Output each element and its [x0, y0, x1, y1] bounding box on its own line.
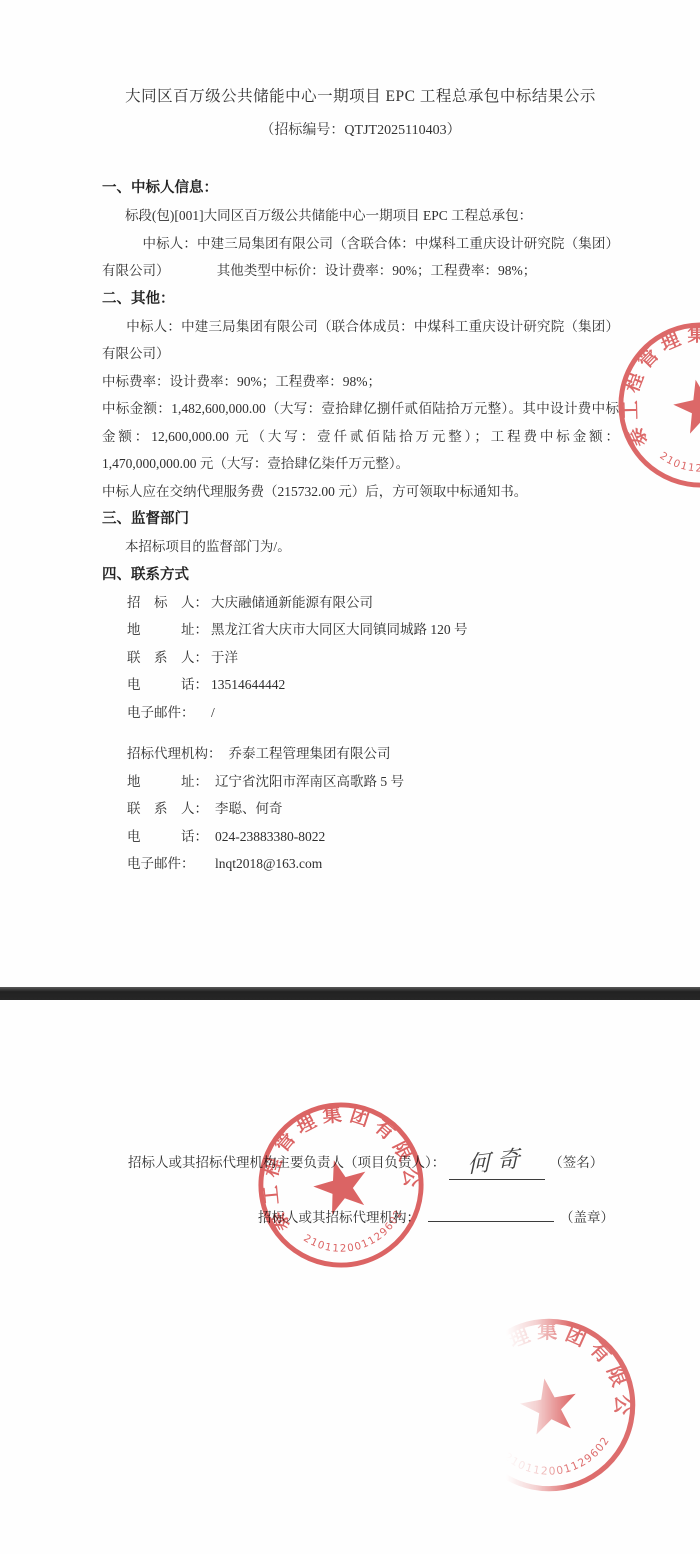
seal-line-suffix: （盖章）	[560, 1210, 614, 1225]
section-2-paragraph: 中标金额：1,482,600,000.00（大写：壹拾肆亿捌仟贰佰陆拾万元整）。…	[102, 395, 619, 478]
svg-text:210112001129602: 210112001129602	[656, 430, 700, 485]
signature-line: 招标人或其招标代理机构主要负责人（项目负责人）：何奇（签名）	[128, 1146, 648, 1180]
svg-text:210112001129602: 210112001129602	[500, 1432, 617, 1486]
contact-label: 电 话：	[127, 671, 211, 699]
contact-row-agency-phone: 电 话：024-23883380-8022	[127, 823, 619, 851]
svg-text:乔泰工程管理集团有限公司: 乔泰工程管理集团有限公司	[441, 1297, 640, 1454]
contact-value: 乔泰工程管理集团有限公司	[229, 746, 391, 761]
contact-row-agency-person: 联 系 人：李聪、何奇	[127, 795, 619, 823]
section-1-heading: 一、中标人信息：	[102, 174, 619, 202]
section-2-paragraph: 中标人：中建三局集团有限公司（联合体成员：中煤科工重庆设计研究院（集团）有限公司…	[102, 313, 619, 368]
contact-label: 电子邮件：	[127, 850, 215, 878]
tenderer-contact-block: 招 标 人：大庆融储通新能源有限公司 地 址：黑龙江省大庆市大同区大同镇同城路 …	[102, 589, 619, 727]
contact-value: 于洋	[211, 650, 238, 665]
contact-row-tenderer-email: 电子邮件：/	[127, 699, 619, 727]
page-break-bar	[0, 987, 700, 1000]
section-2-heading: 二、其他：	[102, 285, 619, 313]
contact-value: 辽宁省沈阳市浑南区高歌路 5 号	[215, 774, 404, 789]
contact-value: 大庆融储通新能源有限公司	[211, 595, 373, 610]
contact-label: 地 址：	[127, 768, 215, 796]
contact-label: 联 系 人：	[127, 795, 215, 823]
announcement-body: 大同区百万级公共储能中心一期项目 EPC 工程总承包中标结果公示 （招标编号：Q…	[102, 86, 619, 878]
contact-row-tenderer-phone: 电 话：13514644442	[127, 671, 619, 699]
contact-label: 招 标 人：	[127, 589, 211, 617]
section-1-paragraph: 标段(包)[001]大同区百万级公共储能中心一期项目 EPC 工程总承包：	[102, 202, 619, 230]
signature-line-label: 招标人或其招标代理机构主要负责人（项目负责人）：	[128, 1155, 445, 1170]
contact-value: 黑龙江省大庆市大同区大同镇同城路 120 号	[211, 622, 468, 637]
section-3-paragraph: 本招标项目的监督部门为/。	[102, 533, 619, 561]
contact-value: 李聪、何奇	[215, 801, 283, 816]
tender-number: （招标编号：QTJT2025110403）	[102, 120, 619, 142]
contact-value: lnqt2018@163.com	[215, 856, 322, 871]
contact-row-tenderer-person: 联 系 人：于洋	[127, 644, 619, 672]
signature-line-suffix: （签名）	[549, 1155, 603, 1170]
agency-contact-block: 招标代理机构：乔泰工程管理集团有限公司 地 址：辽宁省沈阳市浑南区高歌路 5 号…	[102, 740, 619, 878]
company-seal-line: 招标人或其招标代理机构：（盖章）	[258, 1203, 678, 1233]
seal-line-label: 招标人或其招标代理机构：	[258, 1210, 420, 1225]
contact-label: 电子邮件：	[127, 699, 211, 727]
section-4-heading: 四、联系方式	[102, 561, 619, 589]
contact-row-agency-address: 地 址：辽宁省沈阳市浑南区高歌路 5 号	[127, 768, 619, 796]
contact-value: /	[211, 705, 215, 720]
scanned-document-page: 大同区百万级公共储能中心一期项目 EPC 工程总承包中标结果公示 （招标编号：Q…	[0, 0, 700, 1554]
signature-underline: 何奇	[449, 1147, 545, 1180]
contact-row-tenderer-name: 招 标 人：大庆融储通新能源有限公司	[127, 589, 619, 617]
contact-label: 联 系 人：	[127, 644, 211, 672]
contact-row-agency-name: 招标代理机构：乔泰工程管理集团有限公司	[127, 740, 619, 768]
contact-value: 13514644442	[211, 677, 285, 692]
section-2-paragraph: 中标人应在交纳代理服务费（215732.00 元）后，方可领取中标通知书。	[102, 478, 619, 506]
red-company-seal-signature: 乔泰工程管理集团有限公司210112001129602	[231, 1075, 451, 1295]
page-title: 大同区百万级公共储能中心一期项目 EPC 工程总承包中标结果公示	[102, 86, 619, 108]
seal-blank-underline	[428, 1207, 554, 1222]
contact-row-tenderer-address: 地 址：黑龙江省大庆市大同区大同镇同城路 120 号	[127, 616, 619, 644]
section-2-paragraph: 中标费率：设计费率：90%；工程费率：98%；	[102, 368, 619, 396]
contact-value: 024-23883380-8022	[215, 829, 325, 844]
contact-label: 招标代理机构：	[127, 740, 222, 768]
handwritten-signature: 何奇	[467, 1143, 527, 1180]
contact-label: 地 址：	[127, 616, 211, 644]
red-company-seal-faded: 乔泰工程管理集团有限公司210112001129602	[441, 1297, 656, 1512]
section-3-heading: 三、监督部门	[102, 505, 619, 533]
contact-row-agency-email: 电子邮件：lnqt2018@163.com	[127, 850, 619, 878]
section-1-paragraph: 中标人：中建三局集团有限公司（含联合体：中煤科工重庆设计研究院（集团）有限公司）…	[102, 230, 619, 285]
contact-label: 电 话：	[127, 823, 215, 851]
